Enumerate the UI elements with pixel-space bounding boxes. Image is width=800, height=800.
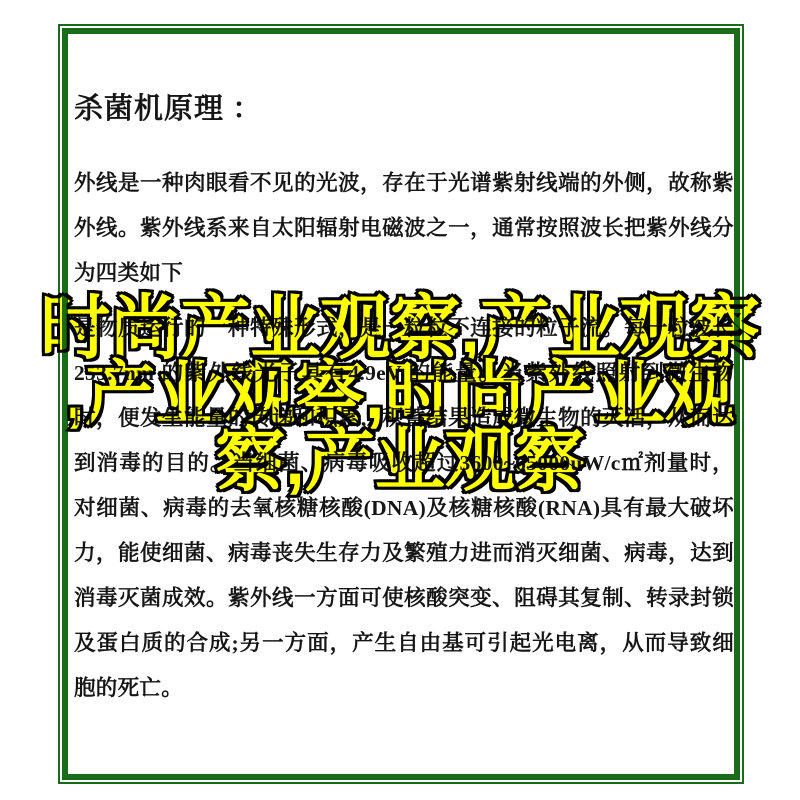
page-title: 杀菌机原理 ： bbox=[74, 86, 734, 127]
paragraph-uv-intro: 外线是一种肉眼看不见的光波，存在于光谱紫射线端的外侧，故称紫外线。紫外线系来自太… bbox=[74, 161, 734, 296]
document-content: 杀菌机原理 ： 外线是一种肉眼看不见的光波，存在于光谱紫射线端的外侧，故称紫外线… bbox=[74, 38, 734, 721]
paragraph-uv-sterilization: 是物质运行的一种特殊形式，是一粒粒不连接的粒子流。每一粒波长 253.7nm 的… bbox=[74, 306, 734, 711]
document-page: 杀菌机原理 ： 外线是一种肉眼看不见的光波，存在于光谱紫射线端的外侧，故称紫外线… bbox=[0, 0, 800, 800]
